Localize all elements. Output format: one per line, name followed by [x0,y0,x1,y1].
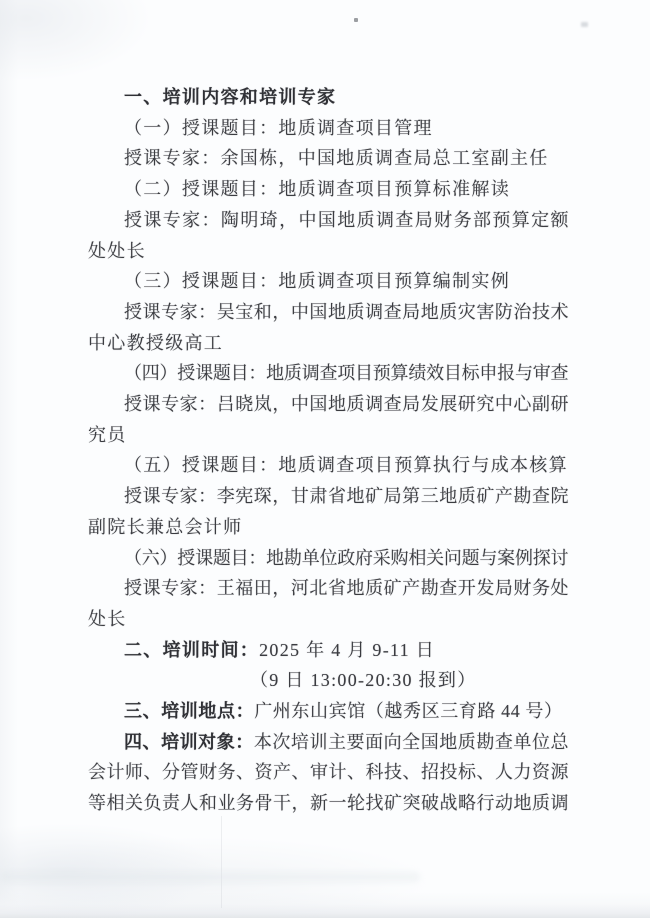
item5-expert-line1: 授课专家：李宪琛，甘肃省地矿局第三地质矿产勘查院 [88,481,568,512]
photo-crease-line [221,816,222,908]
item5-expert-line2: 副院长兼总会计师 [88,512,568,543]
item2-expert-line2: 处处长 [88,236,568,267]
item3-topic-text: （三）授课题目：地质调查项目预算编制实例 [124,271,510,291]
item6-topic: （六）授课题目：地勘单位政府采购相关问题与案例探讨 [88,543,568,574]
item4-expert-line2: 究员 [88,420,568,451]
section4-audience-line3-text: 等相关负责人和业务骨干，新一轮找矿突破战略行动地质调 [88,793,568,813]
item3-expert-line1-text: 授课专家：吴宝和，中国地质调查局地质灾害防治技术 [124,302,568,322]
item4-topic-text: （四）授课题目：地质调查项目预算绩效目标申报与审查 [124,363,568,383]
item6-expert-line2-text: 处长 [88,609,127,629]
section2-checkin: （9 日 13:00-20:30 报到） [88,665,568,696]
item1-expert-text: 授课专家：余国栋，中国地质调查局总工室副主任 [124,148,549,168]
item4-expert-line2-text: 究员 [88,425,127,445]
section4-audience-line2: 会计师、分管财务、资产、审计、科技、招投标、人力资源 [88,757,568,788]
section1-heading-label: 一、培训内容和培训专家 [124,87,336,107]
item6-expert-line1: 授课专家：王福田，河北省地质矿产勘查开发局财务处 [88,573,568,604]
item5-topic-text: （五）授课题目：地质调查项目预算执行与成本核算 [124,455,568,475]
section4-audience-line1-text: 本次培训主要面向全国地质勘查单位总 [254,732,568,752]
section3-venue-label: 三、培训地点： [124,701,254,721]
section2-time-text: 2025 年 4 月 9-11 日 [259,640,435,660]
photo-speck [581,22,588,27]
item3-expert-line1: 授课专家：吴宝和，中国地质调查局地质灾害防治技术 [88,297,568,328]
photo-shadow-band [0,872,420,882]
item1-topic-text: （一）授课题目：地质调查项目管理 [124,118,433,138]
item3-topic: （三）授课题目：地质调查项目预算编制实例 [88,266,568,297]
item6-expert-line1-text: 授课专家：王福田，河北省地质矿产勘查开发局财务处 [124,578,568,598]
item2-expert-line2-text: 处处长 [88,241,146,261]
item2-topic: （二）授课题目：地质调查项目预算标准解读 [88,174,568,205]
section2-checkin-text: （9 日 13:00-20:30 报到） [250,670,477,690]
item2-expert-line1: 授课专家：陶明琦，中国地质调查局财务部预算定额 [88,205,568,236]
photo-speck [354,18,358,22]
document-body: 一、培训内容和培训专家（一）授课题目：地质调查项目管理授课专家：余国栋，中国地质… [88,82,568,819]
item6-topic-text: （六）授课题目：地勘单位政府采购相关问题与案例探讨 [124,548,568,568]
section3-venue: 三、培训地点：广州东山宾馆（越秀区三育路 44 号） [88,696,568,727]
item1-topic: （一）授课题目：地质调查项目管理 [88,113,568,144]
section1-heading: 一、培训内容和培训专家 [88,82,568,113]
item4-topic: （四）授课题目：地质调查项目预算绩效目标申报与审查 [88,358,568,389]
item6-expert-line2: 处长 [88,604,568,635]
item2-expert-line1-text: 授课专家：陶明琦，中国地质调查局财务部预算定额 [124,210,568,230]
section3-venue-text: 广州东山宾馆（越秀区三育路 44 号） [254,701,562,721]
section2-time: 二、培训时间：2025 年 4 月 9-11 日 [88,635,568,666]
item4-expert-line1: 授课专家：吕晓岚，中国地质调查局发展研究中心副研 [88,389,568,420]
section4-audience-line3: 等相关负责人和业务骨干，新一轮找矿突破战略行动地质调 [88,788,568,819]
item5-expert-line2-text: 副院长兼总会计师 [88,517,242,537]
item3-expert-line2: 中心教授级高工 [88,328,568,359]
section2-time-label: 二、培训时间： [124,640,259,660]
section4-audience-line1: 四、培训对象：本次培训主要面向全国地质勘查单位总 [88,727,568,758]
item3-expert-line2-text: 中心教授级高工 [88,333,223,353]
item4-expert-line1-text: 授课专家：吕晓岚，中国地质调查局发展研究中心副研 [124,394,568,414]
item5-expert-line1-text: 授课专家：李宪琛，甘肃省地矿局第三地质矿产勘查院 [124,486,568,506]
section4-audience-line2-text: 会计师、分管财务、资产、审计、科技、招投标、人力资源 [88,762,568,782]
section4-audience-line1-label: 四、培训对象： [124,732,254,752]
item1-expert: 授课专家：余国栋，中国地质调查局总工室副主任 [88,143,568,174]
item5-topic: （五）授课题目：地质调查项目预算执行与成本核算 [88,450,568,481]
item2-topic-text: （二）授课题目：地质调查项目预算标准解读 [124,179,510,199]
